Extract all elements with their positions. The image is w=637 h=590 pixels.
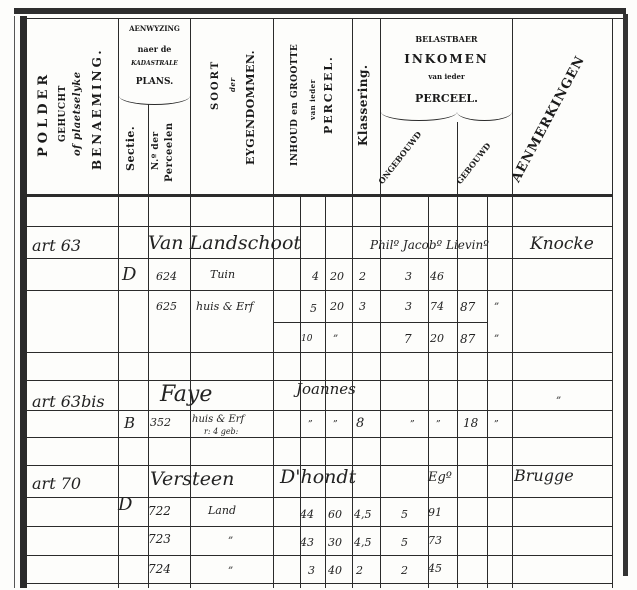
parcel-ongebouwd-a: ” <box>410 420 415 430</box>
entry-owner-name: Faye <box>160 382 212 407</box>
col-divider <box>273 18 274 588</box>
header-van-ieder: van ieder <box>308 50 317 150</box>
parcel-inhoud-b: 60 <box>328 508 342 521</box>
parcel-inhoud-b: ” <box>333 420 338 430</box>
parcel-klasse: 8 <box>356 416 364 431</box>
top-border <box>14 8 626 14</box>
parcel-gebouwd-a: 87 <box>460 300 475 314</box>
parcel-gebouwd-b: ” <box>494 420 499 430</box>
header-polder: POLDER <box>36 40 51 188</box>
parcel-number: 625 <box>156 300 177 313</box>
entry-owner-place: Brugge <box>514 466 574 485</box>
kadastrale-banner <box>119 96 190 105</box>
total-inhoud-b: ” <box>333 334 338 345</box>
parcel-number: 624 <box>156 270 177 283</box>
row-line <box>27 226 613 227</box>
parcel-gebouwd-a: 18 <box>463 416 478 430</box>
total-inhoud-a: 10 <box>301 334 312 344</box>
header-aenmerkingen: AENMERKINGEN <box>509 53 589 185</box>
parcel-ongebouwd-b: 74 <box>430 300 444 313</box>
parcel-ongebouwd-b: 45 <box>428 562 442 575</box>
parcel-klasse: 4,5 <box>354 508 372 521</box>
parcel-ongebouwd-b: 46 <box>430 270 444 283</box>
subcol-divider <box>487 196 488 588</box>
parcel-inhoud-a: 43 <box>300 536 314 549</box>
entry-owner-suffix: Egº <box>428 470 452 485</box>
total-gebouwd-b: ” <box>494 334 499 345</box>
parcel-ongebouwd-a: 5 <box>401 508 408 521</box>
header-benaeming: BENAEMING. <box>90 30 104 188</box>
entry-sectie: B <box>124 414 135 432</box>
header-inkomen: INKOMEN <box>381 52 512 66</box>
entry-owner-name: Versteen <box>150 468 234 490</box>
row-line <box>27 497 613 498</box>
col-divider <box>190 18 191 588</box>
parcel-ongebouwd-a: 3 <box>405 300 412 313</box>
parcel-klasse: 3 <box>359 300 366 313</box>
inkomen-banner-left <box>381 112 457 121</box>
parcel-gebouwd-b: ” <box>494 302 499 313</box>
col-divider <box>512 18 513 588</box>
header-plans: PLANS. <box>119 77 190 87</box>
parcel-inhoud-b: 20 <box>330 270 344 283</box>
header-top-line <box>27 18 623 19</box>
parcel-soort: Land <box>208 504 236 517</box>
parcel-ongebouwd-b: 91 <box>428 506 442 519</box>
header-klassering: Klassering. <box>356 40 370 170</box>
header-belastbaer: BELASTBAER <box>381 34 512 44</box>
row-line <box>27 555 613 556</box>
row-line <box>27 258 613 259</box>
parcel-inhoud-a: ” <box>308 420 313 430</box>
entry-article: art 63 <box>32 236 81 255</box>
parcel-soort: huis & Erf <box>196 300 253 313</box>
entry-article: art 63bis <box>32 392 105 411</box>
row-line <box>27 437 613 438</box>
header-ongebouwd: ONGEBOUWD <box>376 129 423 186</box>
header-gehucht: GEHUCHT <box>58 40 68 188</box>
header-naer-de: naer de <box>119 44 190 54</box>
header-inhoud: INHOUD en GROOTTE <box>290 22 300 188</box>
entry-owner-firstnames: Joannes <box>296 380 356 398</box>
parcel-number: 724 <box>148 562 171 576</box>
header-eygendommen: EYGENDOMMEN. <box>244 26 257 188</box>
parcel-soort: ” <box>228 566 233 577</box>
col-divider <box>352 18 353 588</box>
header-kadastrale: KADASTRALE <box>119 60 190 67</box>
row-line <box>27 352 613 353</box>
header-separator <box>27 194 613 197</box>
left-margin-line <box>14 16 15 588</box>
header-aenwyzing: AENWYZING <box>119 24 190 33</box>
parcel-inhoud-a: 5 <box>310 302 317 315</box>
header-perceelen: Perceelen <box>164 112 175 192</box>
parcel-ongebouwd-a: 3 <box>405 270 412 283</box>
header-perceel-2: PERCEEL. <box>381 92 512 105</box>
left-border <box>20 16 27 588</box>
header-soort: SOORT <box>210 30 221 140</box>
header-perceel: PERCEEL. <box>322 30 335 160</box>
entry-owner-place: Knocke <box>530 234 594 254</box>
col-divider <box>612 18 613 588</box>
parcel-soort-note: r: 4 geb: <box>204 427 238 436</box>
total-gebouwd-a: 87 <box>460 332 475 346</box>
entry-sectie: D <box>118 494 132 515</box>
header-sectie: Sectie. <box>124 112 137 184</box>
parcel-ongebouwd-b: ” <box>436 420 441 430</box>
entry-article: art 70 <box>32 474 81 493</box>
parcel-klasse: 4,5 <box>354 536 372 549</box>
parcel-number: 722 <box>148 504 171 518</box>
parcel-klasse: 2 <box>359 270 366 283</box>
row-line <box>27 290 613 291</box>
parcel-inhoud-a: 4 <box>312 270 319 283</box>
entry-owner-place: ” <box>556 396 561 407</box>
total-ongebouwd-a: 7 <box>404 332 412 346</box>
parcel-inhoud-a: 3 <box>308 564 315 577</box>
subtotal-line <box>273 322 487 323</box>
total-ongebouwd-b: 20 <box>430 332 444 345</box>
parcel-inhoud-b: 40 <box>328 564 342 577</box>
header-van-ieder-2: van ieder <box>381 72 512 81</box>
right-border <box>623 14 628 576</box>
row-line <box>27 410 613 411</box>
entry-owner-name-2: D'hondt <box>280 466 356 488</box>
header-der: der <box>228 30 237 140</box>
header-nr-der: N.º der <box>151 112 161 190</box>
parcel-inhoud-b: 30 <box>328 536 342 549</box>
inkomen-banner-right <box>457 112 512 121</box>
parcel-ongebouwd-a: 2 <box>401 564 408 577</box>
row-line <box>27 526 613 527</box>
header-gebouwd: GEBOUWD <box>454 141 492 186</box>
entry-owner-firstnames: Philº Jacobº Lievinº <box>370 238 489 252</box>
subcol-divider <box>428 196 429 588</box>
parcel-inhoud-a: 44 <box>300 508 314 521</box>
entry-owner-name: Van Landschoot <box>148 232 301 254</box>
parcel-ongebouwd-b: 73 <box>428 534 442 547</box>
subcol-divider <box>457 122 458 588</box>
parcel-klasse: 2 <box>356 564 363 577</box>
parcel-soort: Tuin <box>210 268 235 281</box>
parcel-inhoud-b: 20 <box>330 300 344 313</box>
header-plaetselyke: of plaetselyke <box>72 40 83 188</box>
parcel-number: 723 <box>148 532 171 546</box>
parcel-ongebouwd-a: 5 <box>401 536 408 549</box>
parcel-number: 352 <box>150 416 171 429</box>
parcel-soort: ” <box>228 536 233 547</box>
row-line <box>27 583 613 584</box>
parcel-soort: huis & Erf <box>192 414 244 425</box>
entry-sectie: D <box>122 264 136 285</box>
register-page: POLDER GEHUCHT of plaetselyke BENAEMING.… <box>0 0 637 590</box>
